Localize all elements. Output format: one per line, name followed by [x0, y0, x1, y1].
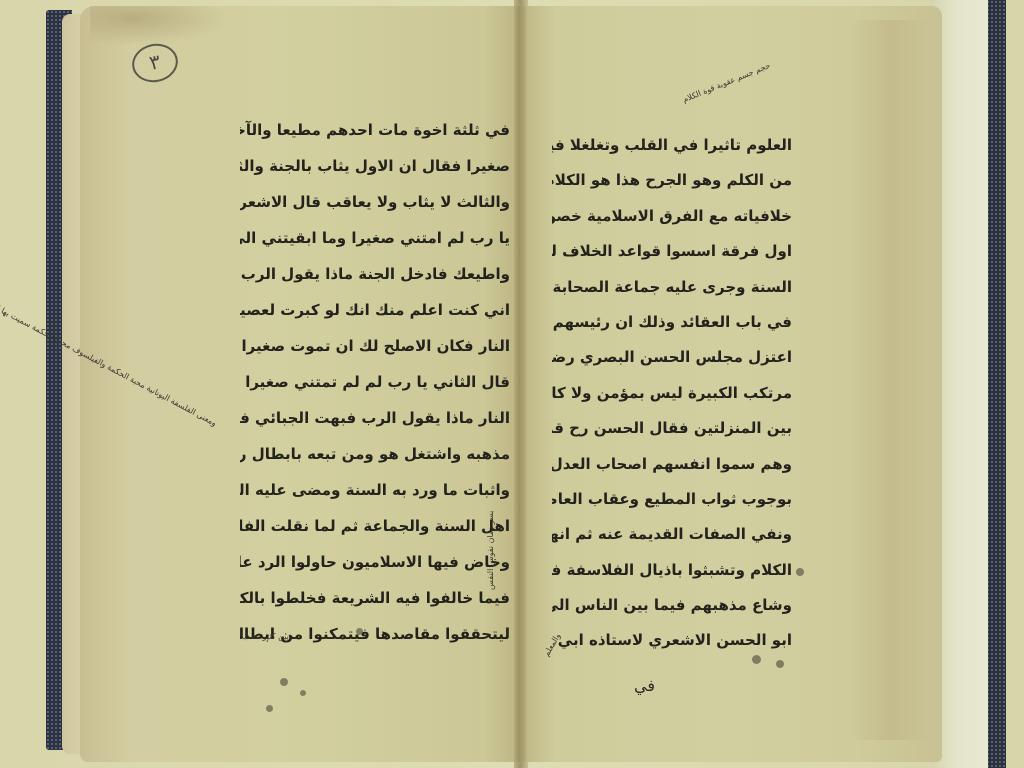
ink-spot — [796, 568, 804, 576]
text-line: والثالث لا يثاب ولا يعاقب قال الاشعري فا… — [240, 184, 510, 220]
ink-spot — [266, 705, 273, 712]
text-line: مذهبه واشتغل هو ومن تبعه بابطال راي المع… — [240, 436, 510, 472]
text-line: صغيرا فقال ان الاول يثاب بالجنة والثاني … — [240, 148, 510, 184]
text-line: النار ماذا يقول الرب فبهت الجبائي فترك ا… — [240, 400, 510, 436]
gutter-gloss: بسر زمان نفوس النفس — [486, 511, 496, 590]
text-line: السنة وجرى عليه جماعة الصحابة رضوان الله… — [552, 270, 792, 305]
text-line: اول فرقة اسسوا قواعد الخلاف لما ورد به ظ… — [552, 234, 792, 269]
bottom-gloss-left: بين كثير تشديد — [240, 632, 289, 642]
left-page-text: في ثلثة اخوة مات احدهم مطيعا والآخر عاصي… — [240, 112, 510, 652]
text-line: قال الثاني يا رب لم لم تمتني صغيرا لئلا … — [240, 364, 510, 400]
book-gutter — [514, 0, 528, 768]
text-line: في ثلثة اخوة مات احدهم مطيعا والآخر عاصي… — [240, 112, 510, 148]
text-line: وخاض فيها الاسلاميون حاولوا الرد على الف… — [240, 544, 510, 580]
ink-spot — [300, 690, 306, 696]
text-line: النار فكان الاصلح لك ان تموت صغيرا قال ا… — [240, 328, 510, 364]
text-line: ابو الحسن الاشعري لاستاذه ابي علي الجبائ… — [552, 623, 792, 658]
text-line: فيما خالفوا فيه الشريعة فخلطوا بالكلام ك… — [240, 580, 510, 616]
text-line: وهم سموا انفسهم اصحاب العدل والتوحيد لقو… — [552, 447, 792, 482]
text-line: واثبات ما ورد به السنة ومضى عليه الجماعة… — [240, 472, 510, 508]
paper-stain — [90, 6, 230, 46]
text-line: بوجوب ثواب المطيع وعقاب العاصي على الله — [552, 482, 792, 517]
text-line: يا رب لم امتني صغيرا وما ابقيتني الى ان … — [240, 220, 510, 256]
ink-spot — [356, 628, 363, 635]
text-line: في باب العقائد وذلك ان رئيسهم واصل بن عط… — [552, 305, 792, 340]
text-line: وشاع مذهبهم فيما بين الناس الى ان قال ال… — [552, 588, 792, 623]
text-line: من الكلم وهو الجرح هذا هو الكلام القدماء… — [552, 163, 792, 198]
text-line: اهل السنة والجماعة ثم لما نقلت الفلسفة ا… — [240, 508, 510, 544]
text-line: الكلام وتشبثوا باذيال الفلاسفة في كثير م… — [552, 553, 792, 588]
text-line: مرتكب الكبيرة ليس بمؤمن ولا كافر ويثبت ا… — [552, 376, 792, 411]
ink-spot — [280, 678, 288, 686]
text-line: اني كنت اعلم منك انك لو كبرت لعصيت فدخلت — [240, 292, 510, 328]
ink-spot — [752, 655, 761, 664]
text-line: بين المنزلتين فقال الحسن رح قد اعتزل عنا… — [552, 411, 792, 446]
text-line: خلافياته مع الفرق الاسلامية خصوصا المعتز… — [552, 199, 792, 234]
ink-spot — [776, 660, 784, 668]
right-page-text: العلوم تاثيرا في القلب وتغلغلا فيه فيسمى… — [552, 128, 792, 659]
catchword: في — [634, 676, 655, 695]
text-line: العلوم تاثيرا في القلب وتغلغلا فيه فيسمى… — [552, 128, 792, 163]
text-line: واطيعك فادخل الجنة ماذا يقول الرب فقال ي… — [240, 256, 510, 292]
text-line: اعتزل مجلس الحسن البصري رضي الله عنه يقر… — [552, 340, 792, 375]
paper-stain-right — [850, 20, 930, 740]
text-line: ونفي الصفات القديمة عنه ثم انهم توغلوا ف… — [552, 517, 792, 552]
